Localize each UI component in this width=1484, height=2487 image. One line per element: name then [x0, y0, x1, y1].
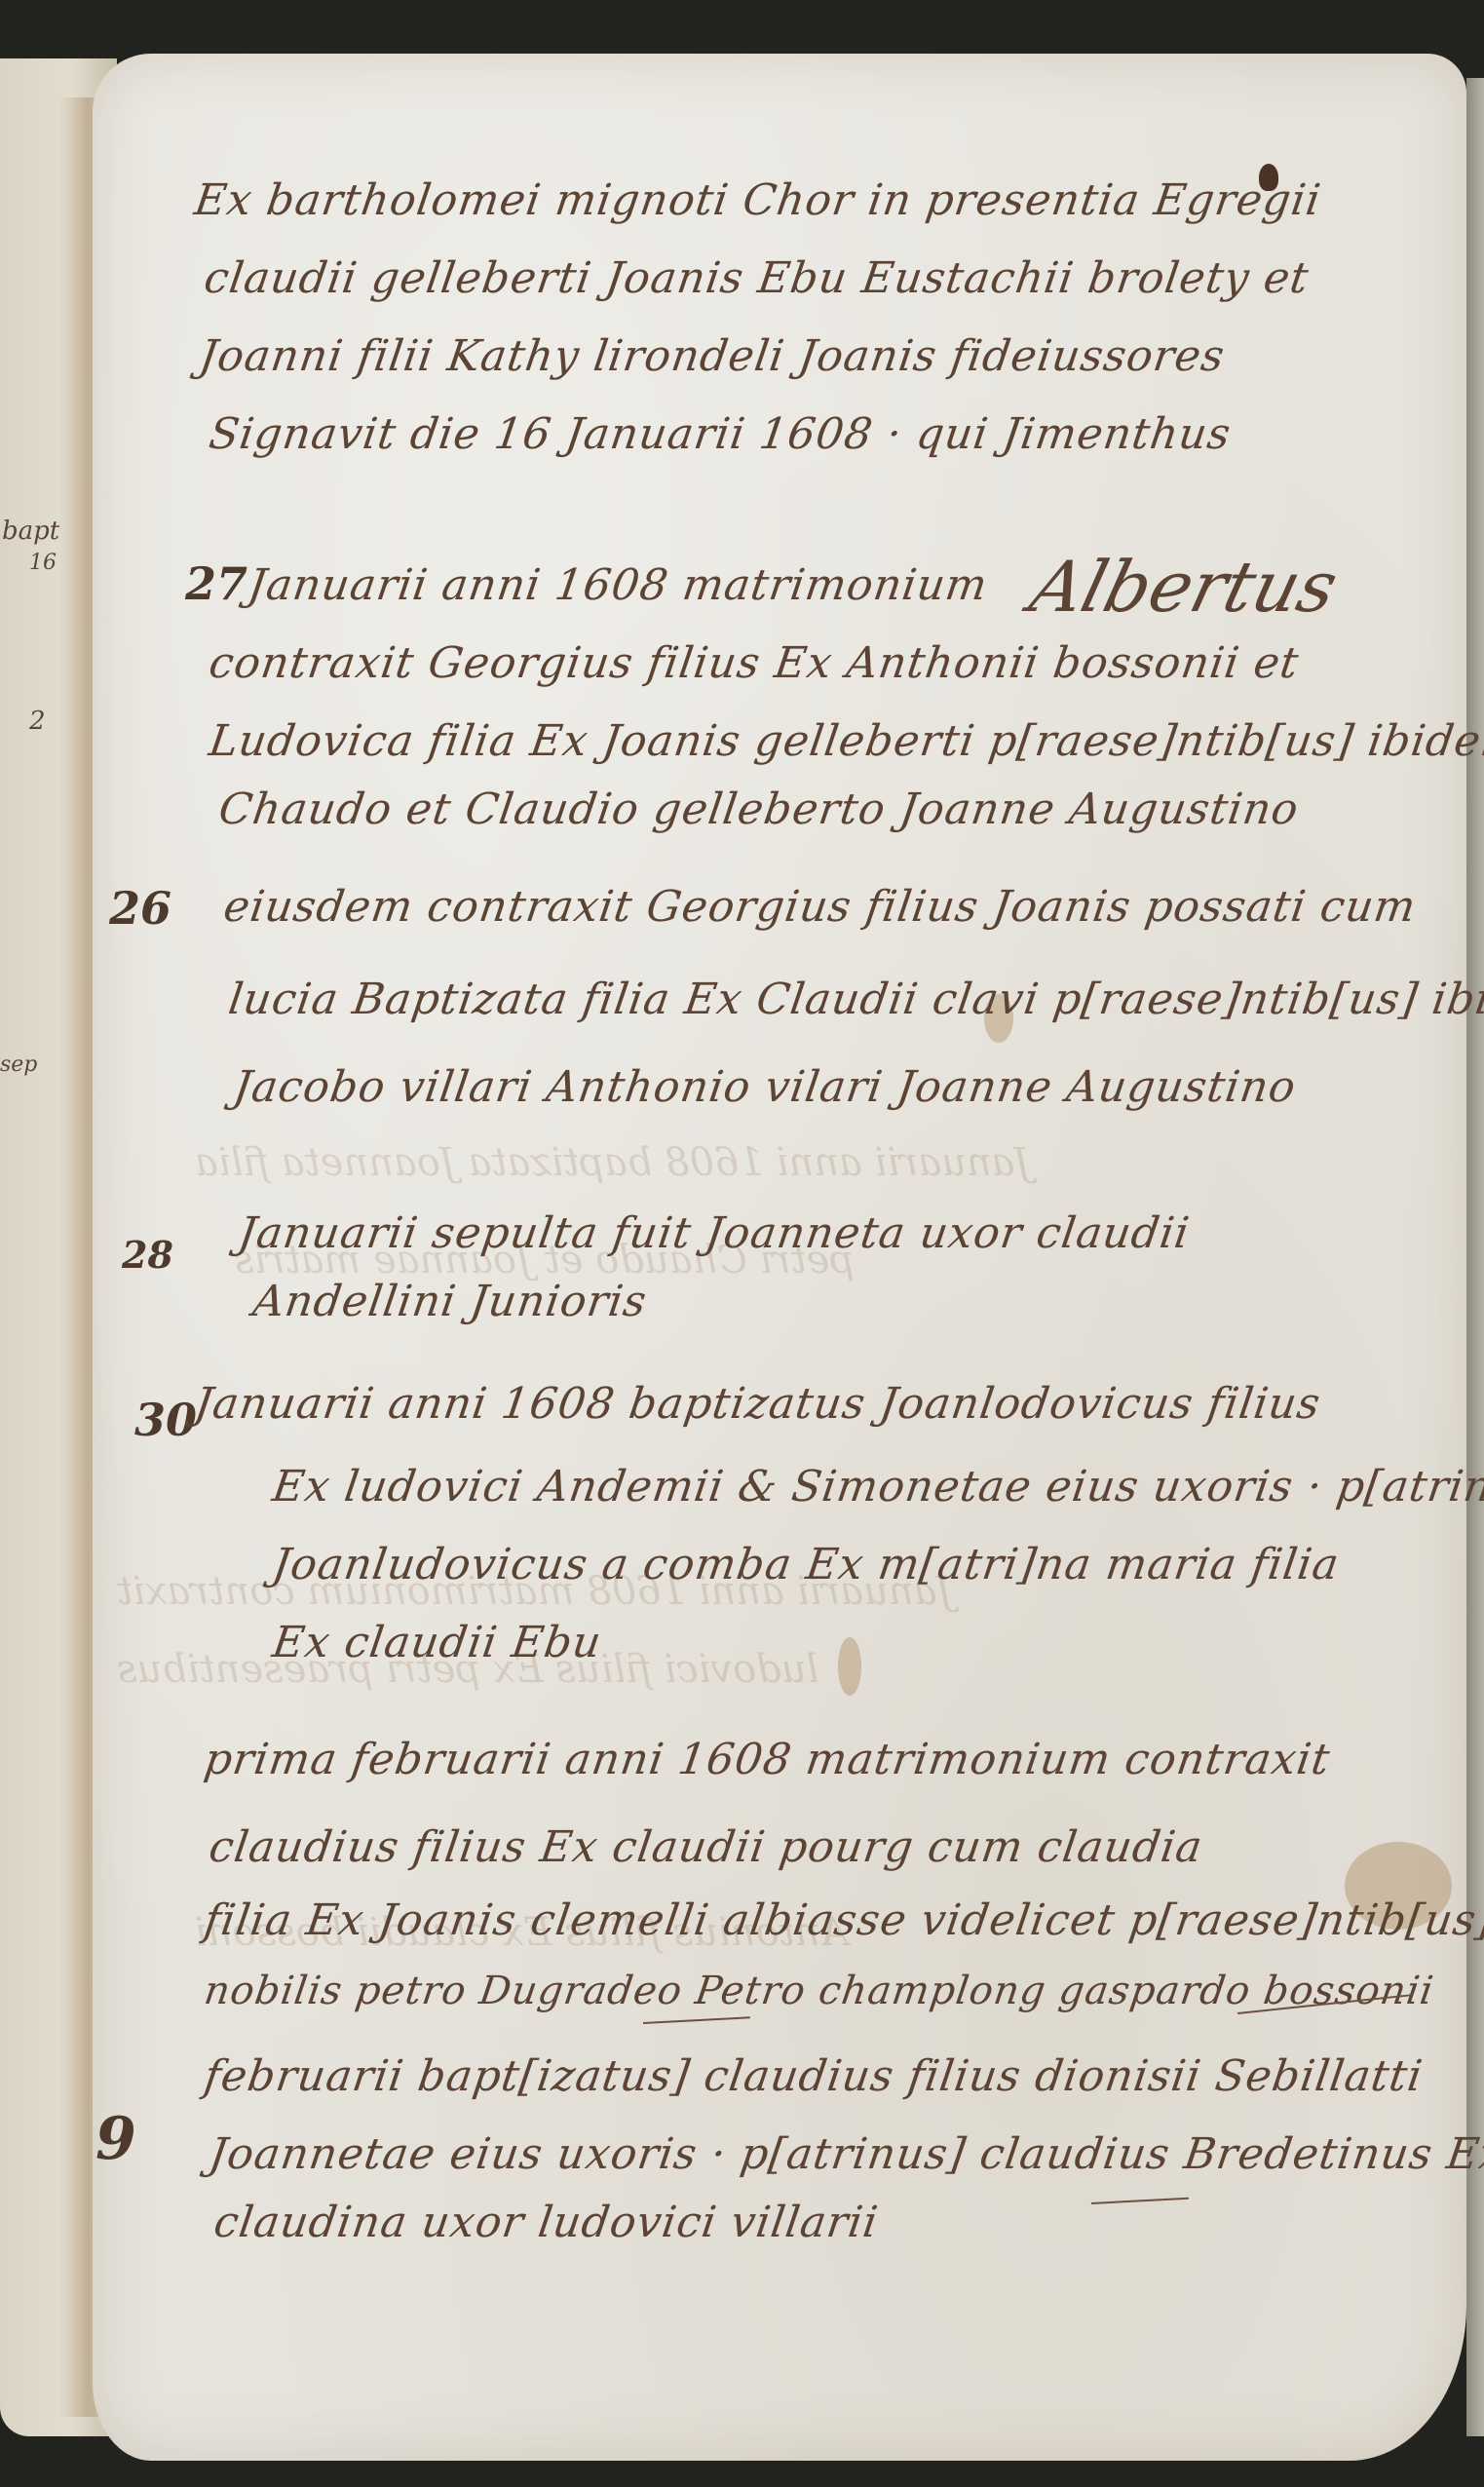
margin-note: bapt [2, 517, 59, 546]
entry-line: filia Ex Joanis clemelli albiasse videli… [201, 1895, 1484, 1945]
margin-note: 2 [29, 707, 46, 736]
entry-line: claudii gelleberti Joanis Ebu Eustachii … [201, 253, 1312, 303]
entry-line: Andellini Junioris [249, 1277, 650, 1326]
entry-line: Signavit die 16 Januarii 1608 · qui Jime… [206, 409, 1234, 459]
entry-date-number: 30 [134, 1394, 197, 1446]
entry-line: Januarii anni 1608 matrimonium [245, 560, 990, 610]
entry-line: Ex bartholomei mignoti Chor in presentia… [191, 175, 1324, 225]
page-edge [1466, 78, 1484, 2436]
entry-line: februarii bapt[izatus] claudius filius d… [201, 2051, 1426, 2101]
entry-line: Joannetae eius uxoris · p[atrinus] claud… [206, 2129, 1484, 2179]
water-stain [838, 1637, 861, 1696]
entry-line: Jacobo villari Anthonio vilari Joanne Au… [230, 1062, 1299, 1112]
entry-line: Ex claudii Ebu [269, 1618, 604, 1667]
entry-line: nobilis petro Dugradeo Petro champlong g… [202, 1969, 1437, 2013]
entry-date-number: 9 [95, 2105, 136, 2173]
entry-date-number: 28 [122, 1233, 173, 1277]
entry-line: Ex ludovici Andemii & Simonetae eius uxo… [269, 1462, 1484, 1511]
entry-line: claudius filius Ex claudii pourg cum cla… [206, 1822, 1205, 1872]
entry-line: Januarii sepulta fuit Joanneta uxor clau… [235, 1208, 1193, 1258]
priest-signature: Albertus [1023, 546, 1346, 628]
entry-line: Chaudo et Claudio gelleberto Joanne Augu… [215, 784, 1302, 834]
document-photo: bapt 16 2 sep Januarii anni 1608 baptiza… [0, 0, 1484, 2487]
entry-line: eiusdem contraxit Georgius filius Joanis… [220, 882, 1419, 932]
margin-note: 16 [29, 551, 57, 575]
entry-line: Joanludovicus a comba Ex m[atri]na maria… [269, 1540, 1342, 1589]
entry-line: Januarii anni 1608 baptizatus Joanlodovi… [191, 1379, 1323, 1429]
bleed-through-text: Januarii anni 1608 baptizata Joanneta fi… [195, 1140, 1030, 1185]
entry-line: Joanni filii Kathy lirondeli Joanis fide… [196, 331, 1228, 381]
entry-date-number: 26 [109, 882, 171, 935]
entry-line: Ludovica filia Ex Joanis gelleberti p[ra… [206, 716, 1484, 766]
margin-note: sep [0, 1052, 37, 1077]
entry-date-number: 27 [185, 557, 247, 610]
entry-line: contraxit Georgius filius Ex Anthonii bo… [206, 638, 1302, 688]
entry-line: lucia Baptizata filia Ex Claudii clavi p… [225, 975, 1484, 1024]
entry-line: prima februarii anni 1608 matrimonium co… [201, 1735, 1333, 1784]
entry-line: claudina uxor ludovici villarii [210, 2198, 881, 2247]
